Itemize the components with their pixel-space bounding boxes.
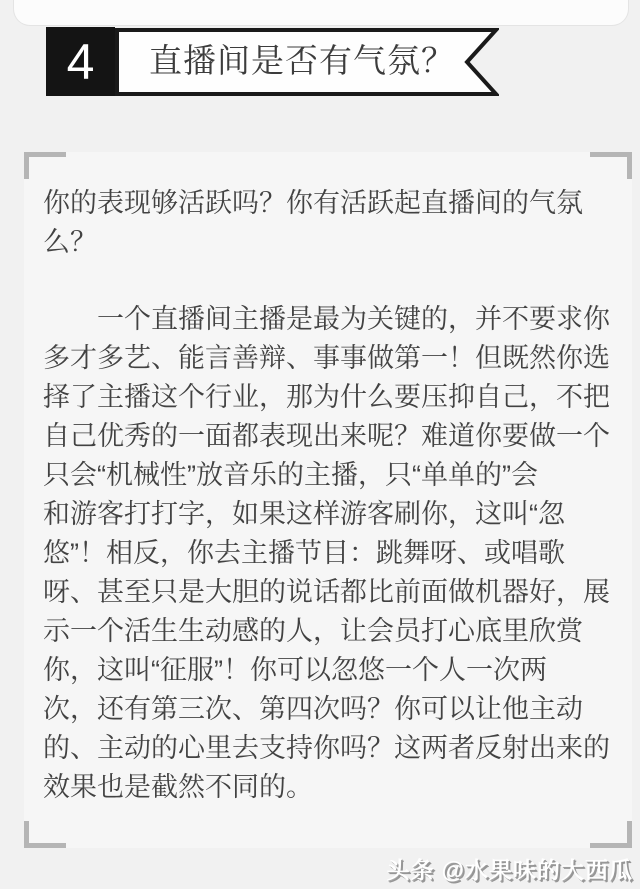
section-title-ribbon: 直播间是否有气氛？: [115, 28, 499, 96]
previous-card-remnant: [14, 0, 628, 25]
corner-bracket-top-right: [590, 152, 632, 179]
page: 4 直播间是否有气氛？ 你的表现够活跃吗？你有活跃起直播间的气氛 么？ 一个直播…: [0, 0, 640, 889]
watermark-handle: @水果味的大西瓜: [442, 857, 633, 883]
corner-bracket-bottom-right: [590, 821, 632, 848]
article-card: 你的表现够活跃吗？你有活跃起直播间的气氛 么？ 一个直播间主播是最为关键的，并不…: [24, 152, 632, 848]
corner-bracket-top-left: [24, 152, 66, 179]
section-number-box: 4: [46, 27, 115, 96]
section-title: 直播间是否有气氛？: [149, 28, 455, 96]
paragraph-question: 你的表现够活跃吗？你有活跃起直播间的气氛 么？: [43, 184, 614, 262]
watermark: 头条@水果味的大西瓜: [387, 852, 633, 885]
corner-bracket-bottom-left: [24, 821, 66, 848]
section-banner: 4 直播间是否有气氛？: [46, 27, 499, 96]
watermark-platform: 头条: [387, 857, 435, 883]
paragraph-body: 一个直播间主播是最为关键的，并不要求你 多才多艺、能言善辩、事事做第一！但既然你…: [43, 300, 614, 807]
section-number: 4: [67, 33, 95, 91]
